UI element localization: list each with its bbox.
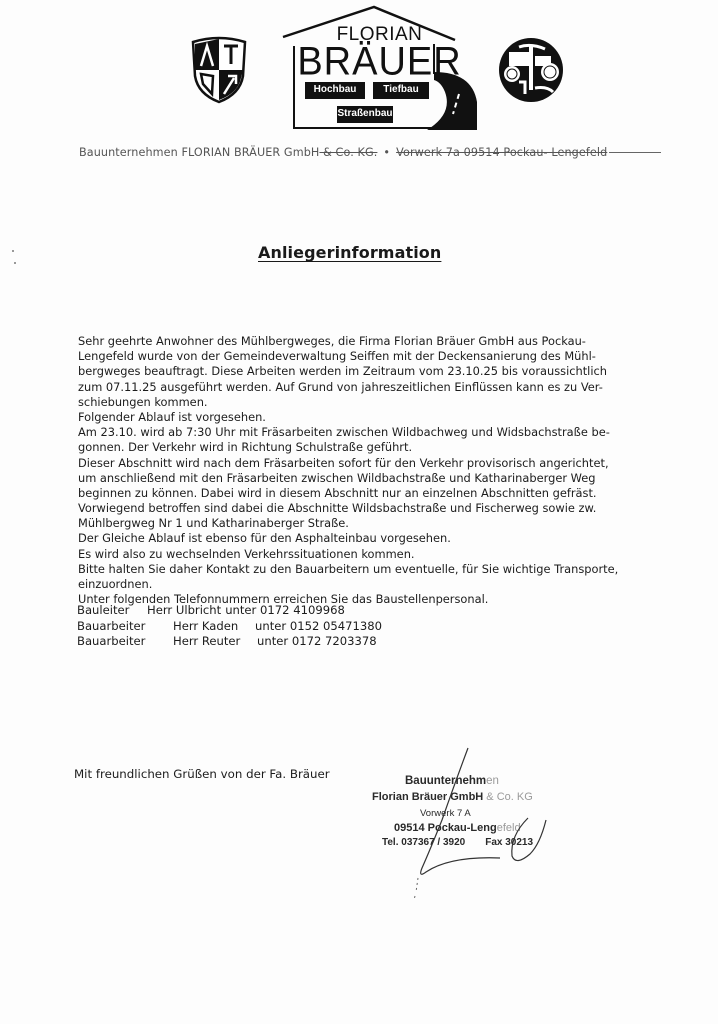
contact-role: Bauleiter: [77, 603, 147, 619]
body-line: Dieser Abschnitt wird nach dem Fräsarbei…: [78, 456, 678, 471]
body-line: Mühlbergweg Nr 1 und Katharinaberger Str…: [78, 516, 678, 531]
logo-tag-tiefbau: Tiefbau: [373, 82, 429, 99]
contact-name: Herr Kaden: [173, 619, 255, 635]
letter-body: Sehr geehrte Anwohner des Mühlbergweges,…: [78, 334, 678, 607]
company-logo: FLORIAN BRÄUER Hochbau Tiefbau Straßenba…: [277, 2, 482, 132]
stamp-tel: Tel. 037367 / 3920: [382, 837, 465, 848]
construction-machinery-emblem-icon: [497, 36, 565, 104]
contact-name: Herr Reuter: [173, 634, 257, 650]
body-line: um anschließend mit den Fräsarbeiten zwi…: [78, 471, 678, 486]
letterhead-company: Bauunternehmen FLORIAN BRÄUER GmbH: [79, 146, 319, 159]
contact-role: Bauarbeiter: [77, 619, 173, 635]
stamp-text: Bauunternehm: [405, 775, 486, 787]
stamp-text: Florian Bräuer GmbH: [372, 791, 483, 803]
body-line: Der Gleiche Ablauf ist ebenso für den As…: [78, 531, 678, 546]
contact-name: Herr Ulbricht: [147, 603, 221, 619]
contact-phone: unter 0172 7203378: [257, 634, 377, 650]
stamp-line: Vorwerk 7 A: [420, 808, 471, 819]
scan-speck: [12, 250, 14, 252]
contact-row: Bauarbeiter Herr Reuter unter 0172 72033…: [77, 634, 382, 650]
stamp-text: en: [486, 775, 499, 787]
body-line: Sehr geehrte Anwohner des Mühlbergweges,…: [78, 334, 678, 349]
contact-phone: unter 0172 4109968: [225, 603, 345, 619]
stamp-text: & Co. KG: [483, 791, 533, 803]
guild-crest-icon: [190, 36, 248, 104]
stamp-line: 09514 Pockau-Lengefeld: [394, 822, 521, 834]
body-line: Am 23.10. wird ab 7:30 Uhr mit Fräsarbei…: [78, 425, 678, 440]
logo-brauer: BRÄUER: [277, 39, 482, 85]
letterhead-dash-line: [609, 152, 661, 153]
closing-greeting: Mit freundlichen Grüßen von der Fa. Bräu…: [74, 767, 330, 781]
logo-tag-strassenbau: Straßenbau: [337, 106, 393, 123]
contact-list: Bauleiter Herr Ulbricht unter 0172 41099…: [77, 603, 382, 650]
contact-role: Bauarbeiter: [77, 634, 173, 650]
letterhead-separator: •: [383, 146, 390, 159]
body-line: Vorwiegend betroffen sind dabei die Absc…: [78, 501, 678, 516]
letter-page: FLORIAN BRÄUER Hochbau Tiefbau Straßenba…: [0, 0, 718, 1024]
body-line: zum 07.11.25 ausgeführt werden. Auf Grun…: [78, 380, 678, 395]
stamp-text: 09514 Pockau-Leng: [394, 822, 497, 834]
letterhead-address: Bauunternehmen FLORIAN BRÄUER GmbH & Co.…: [79, 146, 661, 159]
stamp-line: Florian Bräuer GmbH & Co. KG: [372, 791, 533, 803]
stamp-text: efeld: [497, 822, 521, 834]
body-line: beginnen zu können. Dabei wird in diesem…: [78, 486, 678, 501]
scan-speck: [14, 262, 16, 264]
body-line: Bitte halten Sie daher Kontakt zu den Ba…: [78, 562, 678, 577]
body-line: bergweges beauftragt. Diese Arbeiten wer…: [78, 364, 678, 379]
logo-tag-hochbau: Hochbau: [305, 82, 365, 99]
body-line: Es wird also zu wechselnden Verkehrssitu…: [78, 547, 678, 562]
letterhead-street: Vorwerk 7a 09514 Pockau- Lengefeld: [396, 146, 607, 159]
letterhead-company-struck: & Co. KG.: [319, 146, 377, 159]
page-title: Anliegerinformation: [258, 243, 441, 262]
contact-row: Bauleiter Herr Ulbricht unter 0172 41099…: [77, 603, 382, 619]
stamp-line: Tel. 037367 / 3920Fax 30213: [382, 837, 533, 848]
stamp-fax: Fax 30213: [485, 837, 533, 848]
body-line: schiebungen kommen.: [78, 395, 678, 410]
body-line: Lengefeld wurde von der Gemeindeverwaltu…: [78, 349, 678, 364]
body-line: Folgender Ablauf ist vorgesehen.: [78, 410, 678, 425]
contact-phone: unter 0152 05471380: [255, 619, 382, 635]
stamp-line: Bauunternehmen: [405, 775, 499, 787]
contact-row: Bauarbeiter Herr Kaden unter 0152 054713…: [77, 619, 382, 635]
company-stamp: Bauunternehmen Florian Bräuer GmbH & Co.…: [372, 773, 592, 853]
body-line: gonnen. Der Verkehr wird in Richtung Sch…: [78, 440, 678, 455]
body-line: einzuordnen.: [78, 577, 678, 592]
